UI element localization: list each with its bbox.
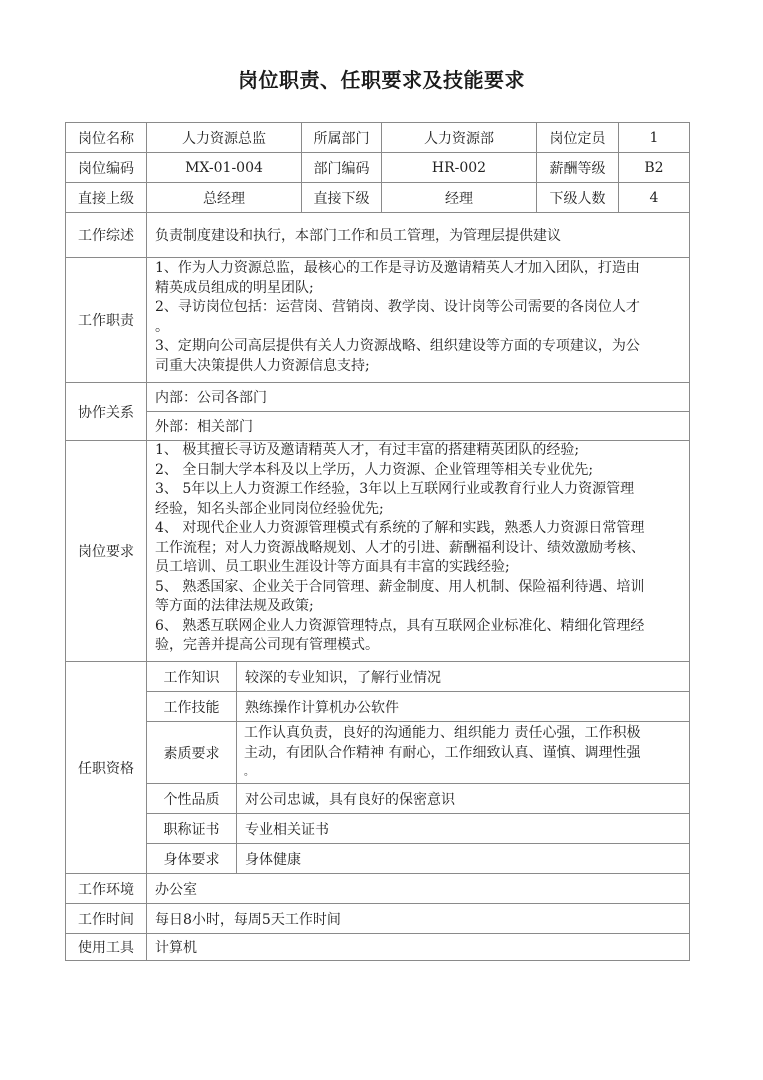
value-subordinate-count: 4 <box>618 182 690 213</box>
value-work-environment: 办公室 <box>146 873 690 904</box>
label-requirements: 岗位要求 <box>65 440 147 662</box>
label-summary: 工作综述 <box>65 212 147 258</box>
quality-line: 工作认真负责，良好的沟通能力、组织能力 责任心强，工作积极 <box>244 723 640 743</box>
value-physical: 身体健康 <box>236 843 690 874</box>
requirement-line: 4、 对现代企业人力资源管理模式有系统的了解和实践，熟悉人力资源日常管理 <box>155 519 645 539</box>
requirement-line: 经验，知名头部企业同岗位经验优先; <box>155 500 645 520</box>
label-work-knowledge: 工作知识 <box>146 661 237 692</box>
duty-line: 2、寻访岗位包括：运营岗、营销岗、教学岗、设计岗等公司需要的各岗位人才 <box>155 298 640 318</box>
label-cooperation: 协作关系 <box>65 382 147 441</box>
requirement-line: 验，完善并提高公司现有管理模式。 <box>155 636 645 656</box>
duty-line: 司重大决策提供人力资源信息支持; <box>155 357 640 377</box>
value-position-code: MX-01-004 <box>146 152 302 183</box>
requirement-line: 1、 极其擅长寻访及邀请精英人才，有过丰富的搭建精英团队的经验; <box>155 441 645 461</box>
requirement-line: 等方面的法律法规及政策; <box>155 597 645 617</box>
duty-line: 。 <box>155 318 640 338</box>
requirement-line: 3、 5年以上人力资源工作经验，3年以上互联网行业或教育行业人力资源管理 <box>155 480 645 500</box>
requirements-text: 1、 极其擅长寻访及邀请精英人才，有过丰富的搭建精英团队的经验; 2、 全日制大… <box>147 441 651 656</box>
value-tools: 计算机 <box>146 933 690 961</box>
requirement-line: 员工培训、员工职业生涯设计等方面具有丰富的实践经验; <box>155 558 645 578</box>
label-department: 所属部门 <box>301 122 382 153</box>
duty-line: 1、作为人力资源总监，最核心的工作是寻访及邀请精英人才加入团队，打造由 <box>155 259 640 279</box>
label-certificates: 职称证书 <box>146 813 237 844</box>
duty-line: 3、定期向公司高层提供有关人力资源战略、组织建设等方面的专项建议，为公 <box>155 337 640 357</box>
label-quality-requirements: 素质要求 <box>146 721 237 784</box>
label-headcount: 岗位定员 <box>536 122 619 153</box>
requirement-line: 5、 熟悉国家、企业关于合同管理、薪金制度、用人机制、保险福利待遇、培训 <box>155 578 645 598</box>
label-work-environment: 工作环境 <box>65 873 147 904</box>
label-personality: 个性品质 <box>146 783 237 814</box>
quality-requirements-text: 工作认真负责，良好的沟通能力、组织能力 责任心强，工作积极 主动，有团队合作精神… <box>237 722 646 783</box>
requirement-line: 2、 全日制大学本科及以上学历，人力资源、企业管理等相关专业优先; <box>155 461 645 481</box>
requirements-cell: 1、 极其擅长寻访及邀请精英人才，有过丰富的搭建精英团队的经验; 2、 全日制大… <box>146 440 690 662</box>
label-department-code: 部门编码 <box>301 152 382 183</box>
requirement-line: 6、 熟悉互联网企业人力资源管理特点，具有互联网企业标准化、精细化管理经 <box>155 617 645 637</box>
value-personality: 对公司忠诚，具有良好的保密意识 <box>236 783 690 814</box>
label-physical: 身体要求 <box>146 843 237 874</box>
value-department: 人力资源部 <box>381 122 537 153</box>
value-headcount: 1 <box>618 122 690 153</box>
label-position-name: 岗位名称 <box>65 122 147 153</box>
value-salary-grade: B2 <box>618 152 690 183</box>
duties-text: 1、作为人力资源总监，最核心的工作是寻访及邀请精英人才加入团队，打造由 精英成员… <box>147 258 646 376</box>
label-subordinate-count: 下级人数 <box>536 182 619 213</box>
label-qualifications: 任职资格 <box>65 661 147 874</box>
value-cooperation-internal: 内部：公司各部门 <box>146 382 690 412</box>
value-direct-superior: 总经理 <box>146 182 302 213</box>
value-summary: 负责制度建设和执行，本部门工作和员工管理，为管理层提供建议 <box>146 212 690 258</box>
requirement-line: 工作流程；对人力资源战略规划、人才的引进、薪酬福利设计、绩效激励考核、 <box>155 539 645 559</box>
label-duties: 工作职责 <box>65 257 147 383</box>
value-cooperation-external: 外部：相关部门 <box>146 411 690 441</box>
quality-requirements-cell: 工作认真负责，良好的沟通能力、组织能力 责任心强，工作积极 主动，有团队合作精神… <box>236 721 690 784</box>
value-direct-subordinate: 经理 <box>381 182 537 213</box>
value-work-knowledge: 较深的专业知识，了解行业情况 <box>236 661 690 692</box>
duty-line: 精英成员组成的明星团队; <box>155 279 640 299</box>
value-department-code: HR-002 <box>381 152 537 183</box>
quality-line: 主动，有团队合作精神 有耐心，工作细致认真、谨慎、调理性强 <box>244 743 640 763</box>
label-position-code: 岗位编码 <box>65 152 147 183</box>
label-tools: 使用工具 <box>65 933 147 961</box>
duties-cell: 1、作为人力资源总监，最核心的工作是寻访及邀请精英人才加入团队，打造由 精英成员… <box>146 257 690 383</box>
document-title: 岗位职责、任职要求及技能要求 <box>0 64 763 93</box>
quality-line: 。 <box>244 763 640 783</box>
label-work-hours: 工作时间 <box>65 903 147 934</box>
label-direct-subordinate: 直接下级 <box>301 182 382 213</box>
value-certificates: 专业相关证书 <box>236 813 690 844</box>
label-direct-superior: 直接上级 <box>65 182 147 213</box>
label-salary-grade: 薪酬等级 <box>536 152 619 183</box>
value-work-skills: 熟练操作计算机办公软件 <box>236 691 690 722</box>
label-work-skills: 工作技能 <box>146 691 237 722</box>
value-work-hours: 每日8小时，每周5天工作时间 <box>146 903 690 934</box>
value-position-name: 人力资源总监 <box>146 122 302 153</box>
